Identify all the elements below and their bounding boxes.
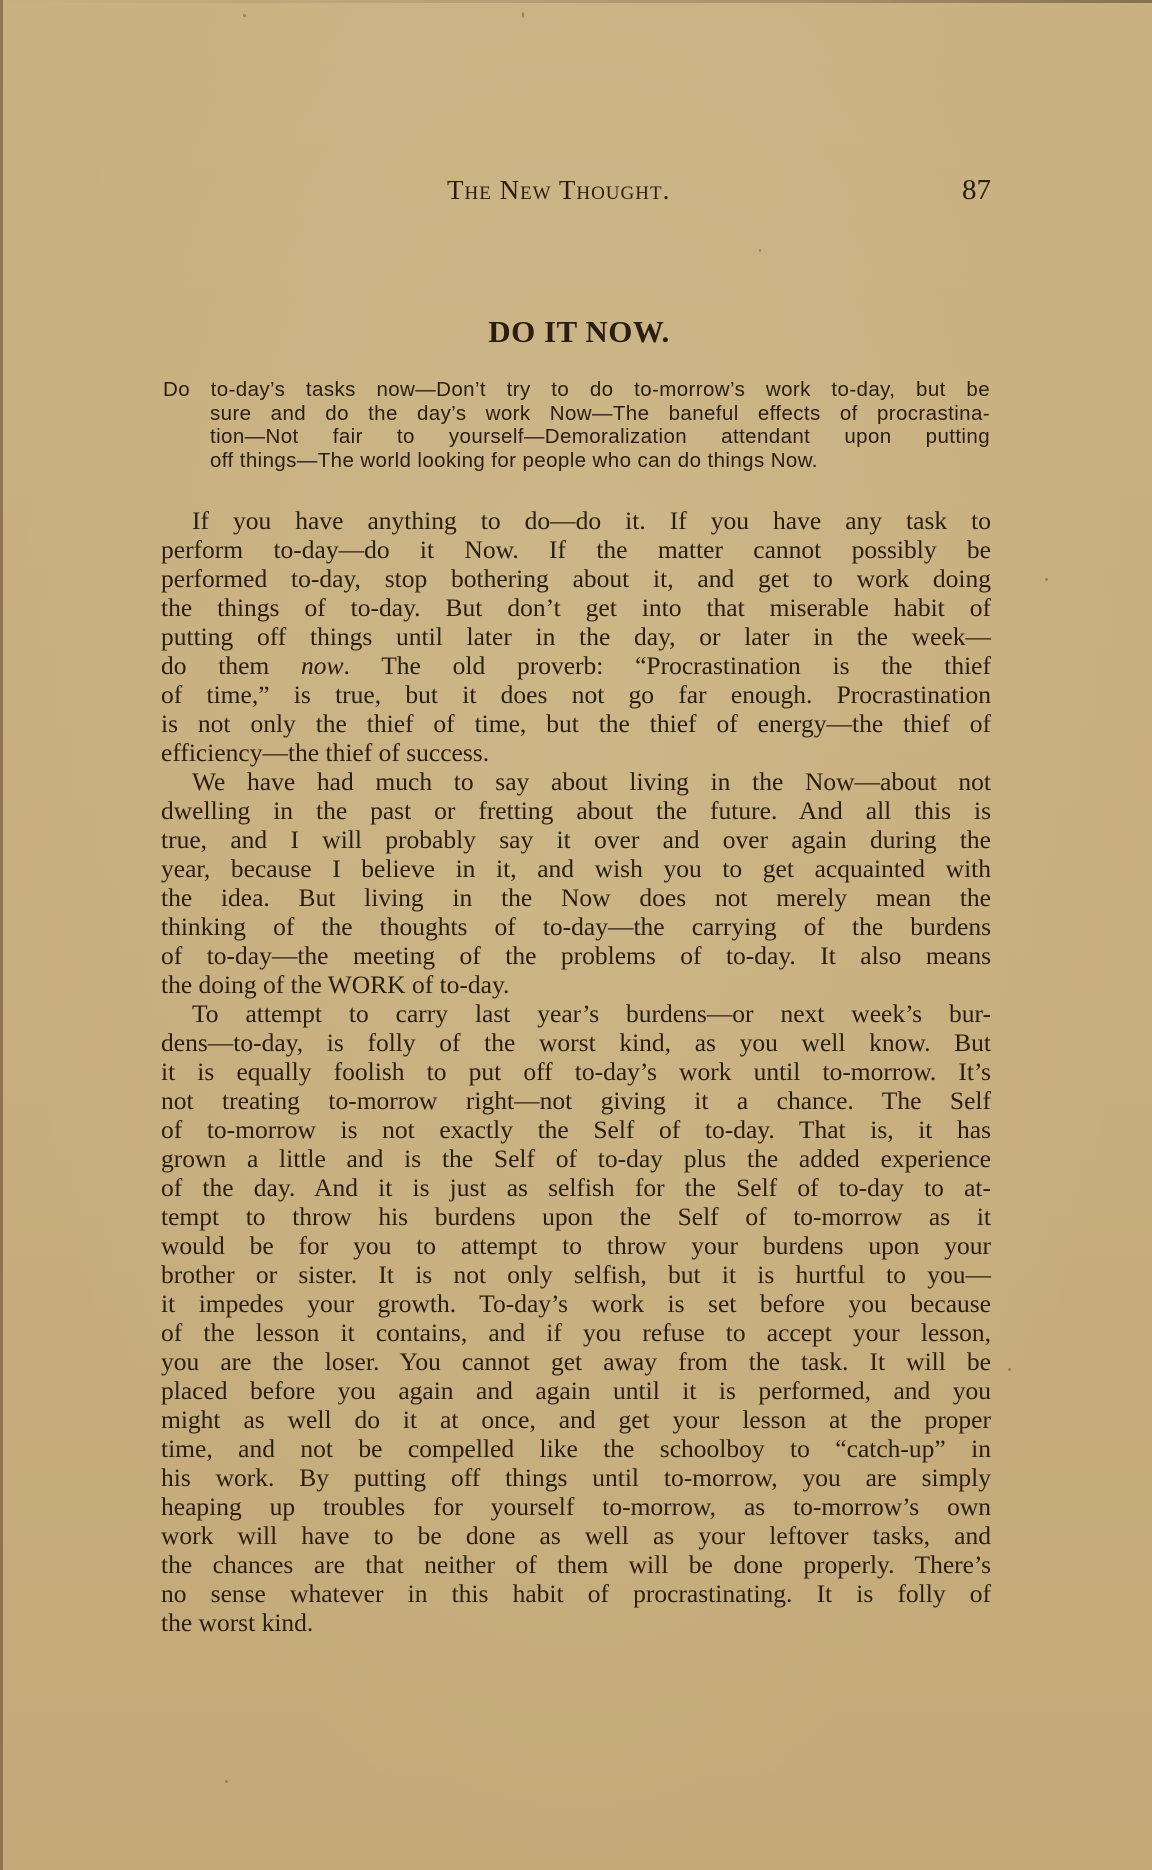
paper-speck bbox=[1045, 578, 1048, 581]
text-run: . The old proverb: “Procrastination is t… bbox=[344, 651, 991, 680]
text-line: the doing of the WORK of to-day. bbox=[161, 970, 991, 999]
text-line: the idea. But living in the Now does not… bbox=[161, 883, 991, 912]
text-line: is not only the thief of time, but the t… bbox=[161, 709, 991, 738]
summary-line: off things—The world looking for people … bbox=[210, 449, 990, 473]
text-run: do them bbox=[161, 651, 301, 680]
text-line: would be for you to attempt to throw you… bbox=[161, 1231, 991, 1260]
page-left-edge bbox=[0, 0, 3, 1870]
text-line: of to-morrow is not exactly the Self of … bbox=[161, 1115, 991, 1144]
text-line: To attempt to carry last year’s burdens—… bbox=[192, 999, 991, 1028]
text-line: perform to-day—do it Now. If the matter … bbox=[161, 535, 991, 564]
text-line: no sense whatever in this habit of procr… bbox=[161, 1579, 991, 1608]
paper-speck bbox=[522, 12, 524, 18]
text-line: the worst kind. bbox=[161, 1608, 991, 1637]
page-number: 87 bbox=[962, 174, 991, 206]
text-line: putting off things until later in the da… bbox=[161, 622, 991, 651]
text-line: of time,” is true, but it does not go fa… bbox=[161, 680, 991, 709]
text-line: of the day. And it is just as selfish fo… bbox=[161, 1173, 991, 1202]
running-head: The New Thought. bbox=[447, 174, 719, 206]
text-line: thinking of the thoughts of to-day—the c… bbox=[161, 912, 991, 941]
text-line: We have had much to say about living in … bbox=[192, 767, 991, 796]
paper-speck bbox=[759, 249, 761, 252]
emphasis-now: now bbox=[301, 651, 344, 680]
text-line: grown a little and is the Self of to-day… bbox=[161, 1144, 991, 1173]
text-line: performed to-day, stop bothering about i… bbox=[161, 564, 991, 593]
text-line: brother or sister. It is not only selfis… bbox=[161, 1260, 991, 1289]
summary-line: tion—Not fair to yourself—Demoralization… bbox=[210, 425, 990, 449]
text-line: dwelling in the past or fretting about t… bbox=[161, 796, 991, 825]
text-line: do them now. The old proverb: “Procrasti… bbox=[161, 651, 991, 680]
text-line: placed before you again and again until … bbox=[161, 1376, 991, 1405]
text-line: heaping up troubles for yourself to-morr… bbox=[161, 1492, 991, 1521]
text-line: not treating to-morrow right—not giving … bbox=[161, 1086, 991, 1115]
paper-speck bbox=[243, 14, 246, 17]
text-line: dens—to-day, is folly of the worst kind,… bbox=[161, 1028, 991, 1057]
text-line: his work. By putting off things until to… bbox=[161, 1463, 991, 1492]
text-line: the chances are that neither of them wil… bbox=[161, 1550, 991, 1579]
chapter-title: DO IT NOW. bbox=[0, 314, 1152, 350]
text-line: efficiency—the thief of success. bbox=[161, 738, 991, 767]
text-line: you are the loser. You cannot get away f… bbox=[161, 1347, 991, 1376]
text-line: might as well do it at once, and get you… bbox=[161, 1405, 991, 1434]
summary-line: sure and do the day’s work Now—The banef… bbox=[210, 402, 990, 426]
text-line: tempt to throw his burdens upon the Self… bbox=[161, 1202, 991, 1231]
text-line: of the lesson it contains, and if you re… bbox=[161, 1318, 991, 1347]
page-top-edge bbox=[0, 0, 1152, 3]
text-line: it is equally foolish to put off to-day’… bbox=[161, 1057, 991, 1086]
summary-line: Do to-day’s tasks now—Don’t try to do to… bbox=[163, 378, 990, 402]
text-line: true, and I will probably say it over an… bbox=[161, 825, 991, 854]
text-line: work will have to be done as well as you… bbox=[161, 1521, 991, 1550]
paper-speck bbox=[225, 1780, 228, 1783]
text-line: it impedes your growth. To-day’s work is… bbox=[161, 1289, 991, 1318]
text-line: the things of to-day. But don’t get into… bbox=[161, 593, 991, 622]
paper-speck bbox=[1008, 1368, 1011, 1371]
text-line: If you have anything to do—do it. If you… bbox=[192, 506, 991, 535]
text-line: of to-day—the meeting of the problems of… bbox=[161, 941, 991, 970]
text-line: time, and not be compelled like the scho… bbox=[161, 1434, 991, 1463]
text-line: year, because I believe in it, and wish … bbox=[161, 854, 991, 883]
